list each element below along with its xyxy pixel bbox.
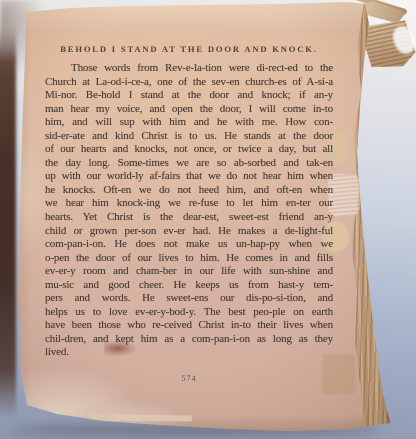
text-line: Mi-nor. Be-hold I stand at the door and … xyxy=(45,89,333,103)
text-line: man hear my voice, and open the door, I … xyxy=(45,103,333,117)
text-line: ev-er-y room and cham-ber in our life wi… xyxy=(45,265,333,279)
text-line: we hear him knock-ing we re-fuse to let … xyxy=(45,197,333,211)
printed-text-block: BEHOLD I STAND AT THE DOOR AND KNOCK. Th… xyxy=(45,44,333,360)
text-line: sid-er-ate and kind Christ is to us. He … xyxy=(45,130,333,144)
text-line: up with our world-ly af-fairs that we do… xyxy=(45,170,333,184)
text-line: pers and words. He sweet-ens our dis-po-… xyxy=(45,292,333,306)
text-line: hearts. Yet Christ is the dear-est, swee… xyxy=(45,211,333,225)
book-page: BEHOLD I STAND AT THE DOOR AND KNOCK. Th… xyxy=(12,2,394,432)
book-spine-shadow xyxy=(0,26,16,418)
text-line: Those words from Rev-e-la-tion were di-r… xyxy=(45,62,333,76)
text-line: chil-dren, and kept him as a com-pan-i-o… xyxy=(45,333,333,347)
text-line: the day long. Some-times we are so ab-so… xyxy=(45,157,333,171)
page-body: Those words from Rev-e-la-tion were di-r… xyxy=(45,62,333,360)
bottom-repair-strip xyxy=(90,414,192,421)
text-line: helps us to love ev-er-y-bod-y. The best… xyxy=(45,306,333,320)
page-heading: BEHOLD I STAND AT THE DOOR AND KNOCK. xyxy=(45,44,333,54)
text-line: com-pan-i-on. He does not make us un-hap… xyxy=(45,238,333,252)
page-number: 574 xyxy=(45,374,333,383)
text-line: lived. xyxy=(45,346,333,360)
text-line: have been those who re-ceived Christ in-… xyxy=(45,319,333,333)
text-line: Church at La-od-i-ce-a, one of the sev-e… xyxy=(45,76,333,90)
text-line: of our hearts and knocks, not once, or t… xyxy=(45,143,333,157)
text-line: he knocks. Oft-en we do not heed him, an… xyxy=(45,184,333,198)
photo-scene: BEHOLD I STAND AT THE DOOR AND KNOCK. Th… xyxy=(0,0,416,439)
text-line: him, and will sup with him and he with m… xyxy=(45,116,333,130)
text-line: o-pen the door of our lives to him. He c… xyxy=(45,252,333,266)
text-line: mu-sic and good cheer. He keeps us from … xyxy=(45,279,333,293)
text-line: child or grown per-son ev-er had. He mak… xyxy=(45,225,333,239)
